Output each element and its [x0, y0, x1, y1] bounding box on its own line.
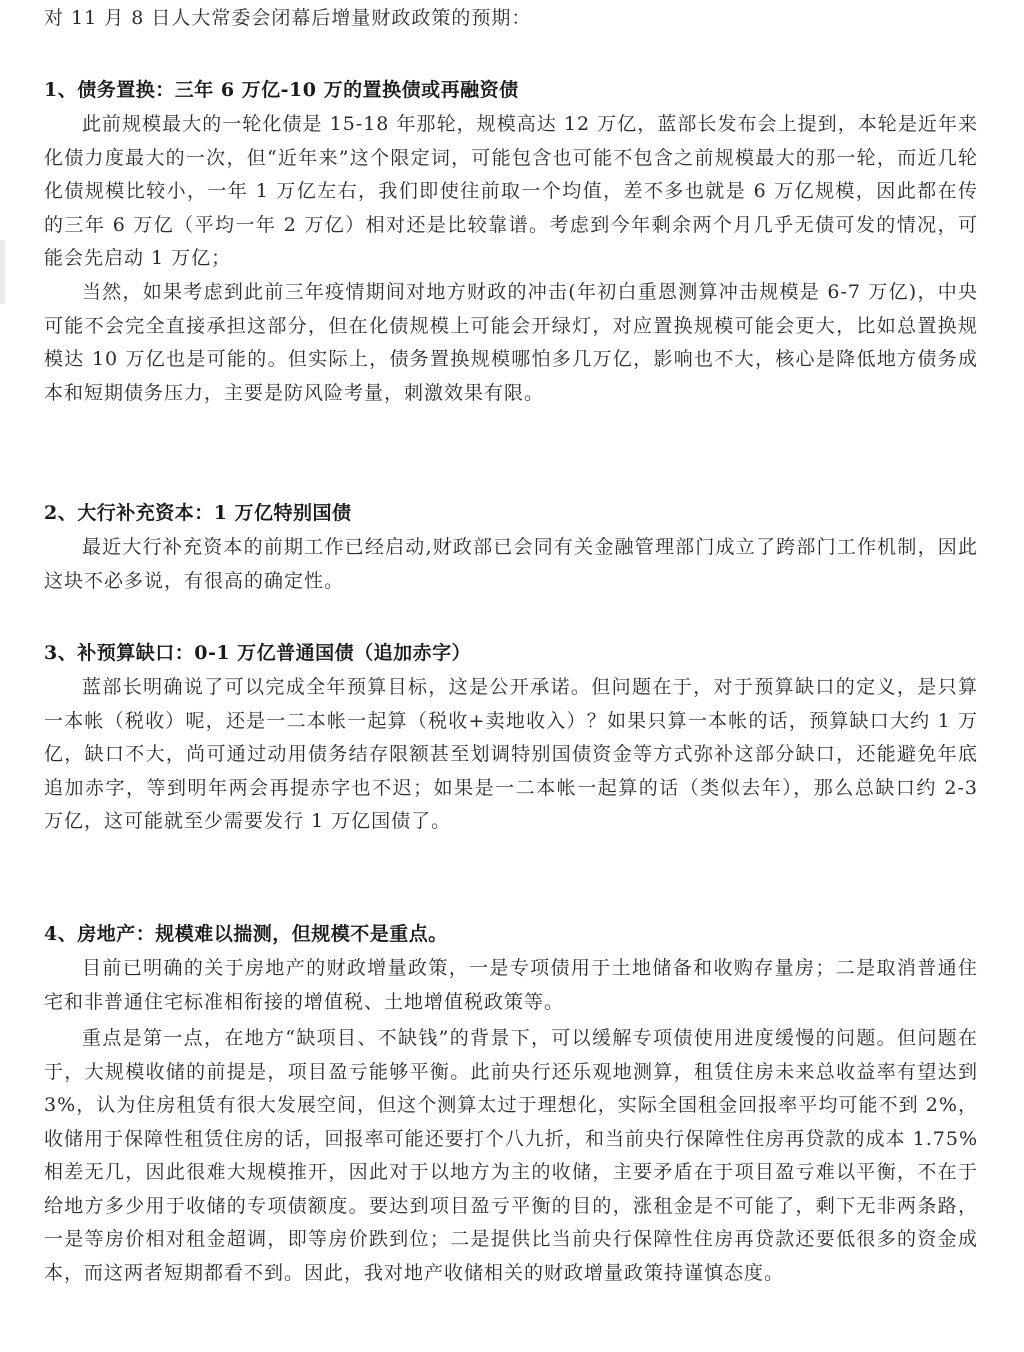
section-2-paragraph-1: 最近大行补充资本的前期工作已经启动,财政部已会同有关金融管理部门成立了跨部门工作… [44, 531, 978, 598]
section-4-paragraph-2: 重点是第一点，在地方“缺项目、不缺钱”的背景下，可以缓解专项债使用进度缓慢的问题… [44, 1022, 978, 1290]
section-3-paragraph-1: 蓝部长明确说了可以完成全年预算目标，这是公开承诺。但问题在于，对于预算缺口的定义… [44, 671, 978, 839]
section-2-heading: 2、大行补充资本：1 万亿特别国债 [44, 501, 352, 525]
section-3-heading: 3、补预算缺口：0-1 万亿普通国债（追加赤字） [44, 641, 471, 665]
section-4-paragraph-1: 目前已明确的关于房地产的财政增量政策，一是专项债用于土地储备和收购存量房；二是取… [44, 952, 978, 1019]
section-4-heading: 4、房地产：规模难以揣测，但规模不是重点。 [44, 922, 448, 946]
section-1-paragraph-2: 当然，如果考虑到此前三年疫情期间对地方财政的冲击(年初白重恩测算冲击规模是 6-… [44, 276, 978, 410]
left-edge-artifact [0, 240, 5, 304]
section-1-paragraph-1: 此前规模最大的一轮化债是 15-18 年那轮，规模高达 12 万亿，蓝部长发布会… [44, 108, 978, 276]
section-1-heading: 1、债务置换：三年 6 万亿-10 万的置换债或再融资债 [44, 78, 519, 102]
intro-line: 对 11 月 8 日人大常委会闭幕后增量财政政策的预期： [44, 6, 531, 30]
